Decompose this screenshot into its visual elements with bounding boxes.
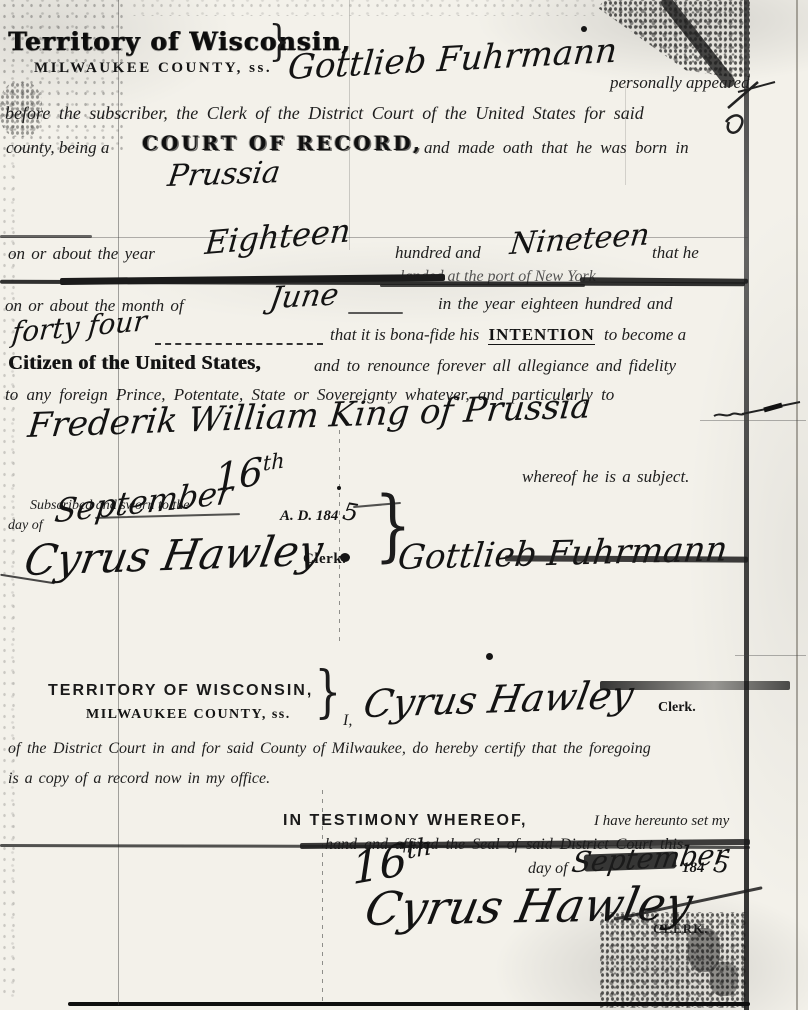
ink-smear-over-month — [584, 851, 677, 871]
printed-hereunto-set-my: I have hereunto set my — [594, 813, 729, 830]
scanned-document-page: Territory of Wisconsin, } MILWAUKEE COUN… — [0, 0, 808, 1010]
fold-line-vertical-right-top — [625, 85, 626, 185]
printed-i-label: I, — [343, 712, 352, 730]
clerk-signature-2: Cyrus Hawley — [360, 674, 636, 725]
handwritten-nineteen: Nineteen — [508, 218, 651, 261]
printed-line-before-subscriber: before the subscriber, the Clerk of the … — [5, 104, 644, 124]
pen-dashes-after-forty-four — [155, 343, 323, 345]
printed-county-being-a: county, being a — [6, 139, 109, 158]
handwritten-month-september: September — [52, 475, 234, 530]
clerk-signature-1: Cyrus Hawley — [21, 527, 327, 584]
scan-noise-top-band — [130, 0, 600, 16]
handwritten-day-suffix: th — [263, 448, 285, 475]
printed-in-testimony-whereof: IN TESTIMONY WHEREOF, — [283, 812, 527, 830]
declarant-signature: Gottlieb Fuhrmann — [396, 531, 730, 577]
printed-whereof-subject: whereof he is a subject. — [522, 468, 689, 487]
printed-clerk-label-2: Clerk. — [658, 700, 696, 715]
printed-certification-line2: is a copy of a record now in my office. — [8, 770, 270, 788]
right-page-fold-line — [744, 0, 749, 1010]
section1-header-brace: } — [269, 18, 290, 64]
handwritten-birthplace: Prussia — [166, 156, 283, 193]
clerk-signature-3: Cyrus Hawley — [361, 878, 697, 934]
printed-court-of-record: COURT OF RECORD, — [142, 132, 423, 154]
printed-bona-post: to become a — [604, 325, 686, 344]
section2-header-brace: } — [314, 662, 341, 724]
printed-hundred-and: hundred and — [395, 244, 481, 263]
handwritten-month: June — [267, 278, 341, 315]
margin-scribble-right-icon — [712, 392, 804, 424]
printed-citizen-bold: Citizen of the United States, — [8, 352, 261, 374]
ink-blot-after-clerk — [340, 553, 350, 562]
margin-scribble-top-right — [720, 70, 778, 138]
ink-smear-through-signature — [505, 555, 748, 562]
ink-dot-1 — [581, 26, 587, 32]
printed-day-of-2: day of — [528, 860, 568, 878]
printed-that-he: that he — [652, 244, 699, 263]
printed-intention-word: INTENTION — [488, 325, 594, 345]
printed-clerk-caps: CLERK. — [653, 922, 708, 936]
ink-dot-2 — [486, 653, 493, 660]
printed-certification-line1: of the District Court in and for said Co… — [8, 740, 651, 758]
fold-line-horizontal-1-dark-stub — [0, 235, 92, 238]
printed-ad-year: A. D. 184 — [280, 508, 338, 525]
printed-on-or-about-year: on or about the year — [8, 245, 155, 264]
strikethrough-bar-3 — [380, 284, 585, 287]
printed-year-184: 184 — [682, 860, 705, 877]
handwritten-day-suffix-2: th — [406, 832, 432, 865]
printed-renounce: and to renounce forever all allegiance a… — [314, 357, 676, 376]
section1-county-heading: MILWAUKEE COUNTY, ss. — [34, 60, 272, 77]
outer-page-edge-line — [796, 0, 798, 1010]
margin-scribble-right — [712, 392, 804, 424]
bottom-edge-bar — [68, 1002, 750, 1006]
fold-line-vertical-center-mid — [339, 430, 340, 642]
ink-dot-3 — [337, 486, 341, 490]
margin-scribble-top-right-icon — [720, 70, 778, 138]
printed-bona-pre: that it is bona-fide his — [330, 325, 479, 344]
printed-bona-fide-line: that it is bona-fide his INTENTION to be… — [330, 326, 686, 345]
printed-in-the-year: in the year eighteen hundred and — [438, 295, 673, 314]
handwritten-eighteen: Eighteen — [203, 213, 352, 261]
section2-county-heading: MILWAUKEE COUNTY, ss. — [86, 707, 291, 722]
handwritten-year-digit: 5 — [341, 498, 361, 527]
ink-blotch-bottom-right-2 — [710, 962, 738, 996]
printed-day-of: day of — [8, 518, 43, 533]
fold-line-horizontal-right-stub-2 — [735, 655, 806, 656]
section2-territory-heading: TERRITORY OF WISCONSIN, — [48, 682, 313, 700]
pen-line-after-month — [348, 312, 403, 314]
printed-made-oath-born-in: and made oath that he was born in — [424, 139, 689, 158]
